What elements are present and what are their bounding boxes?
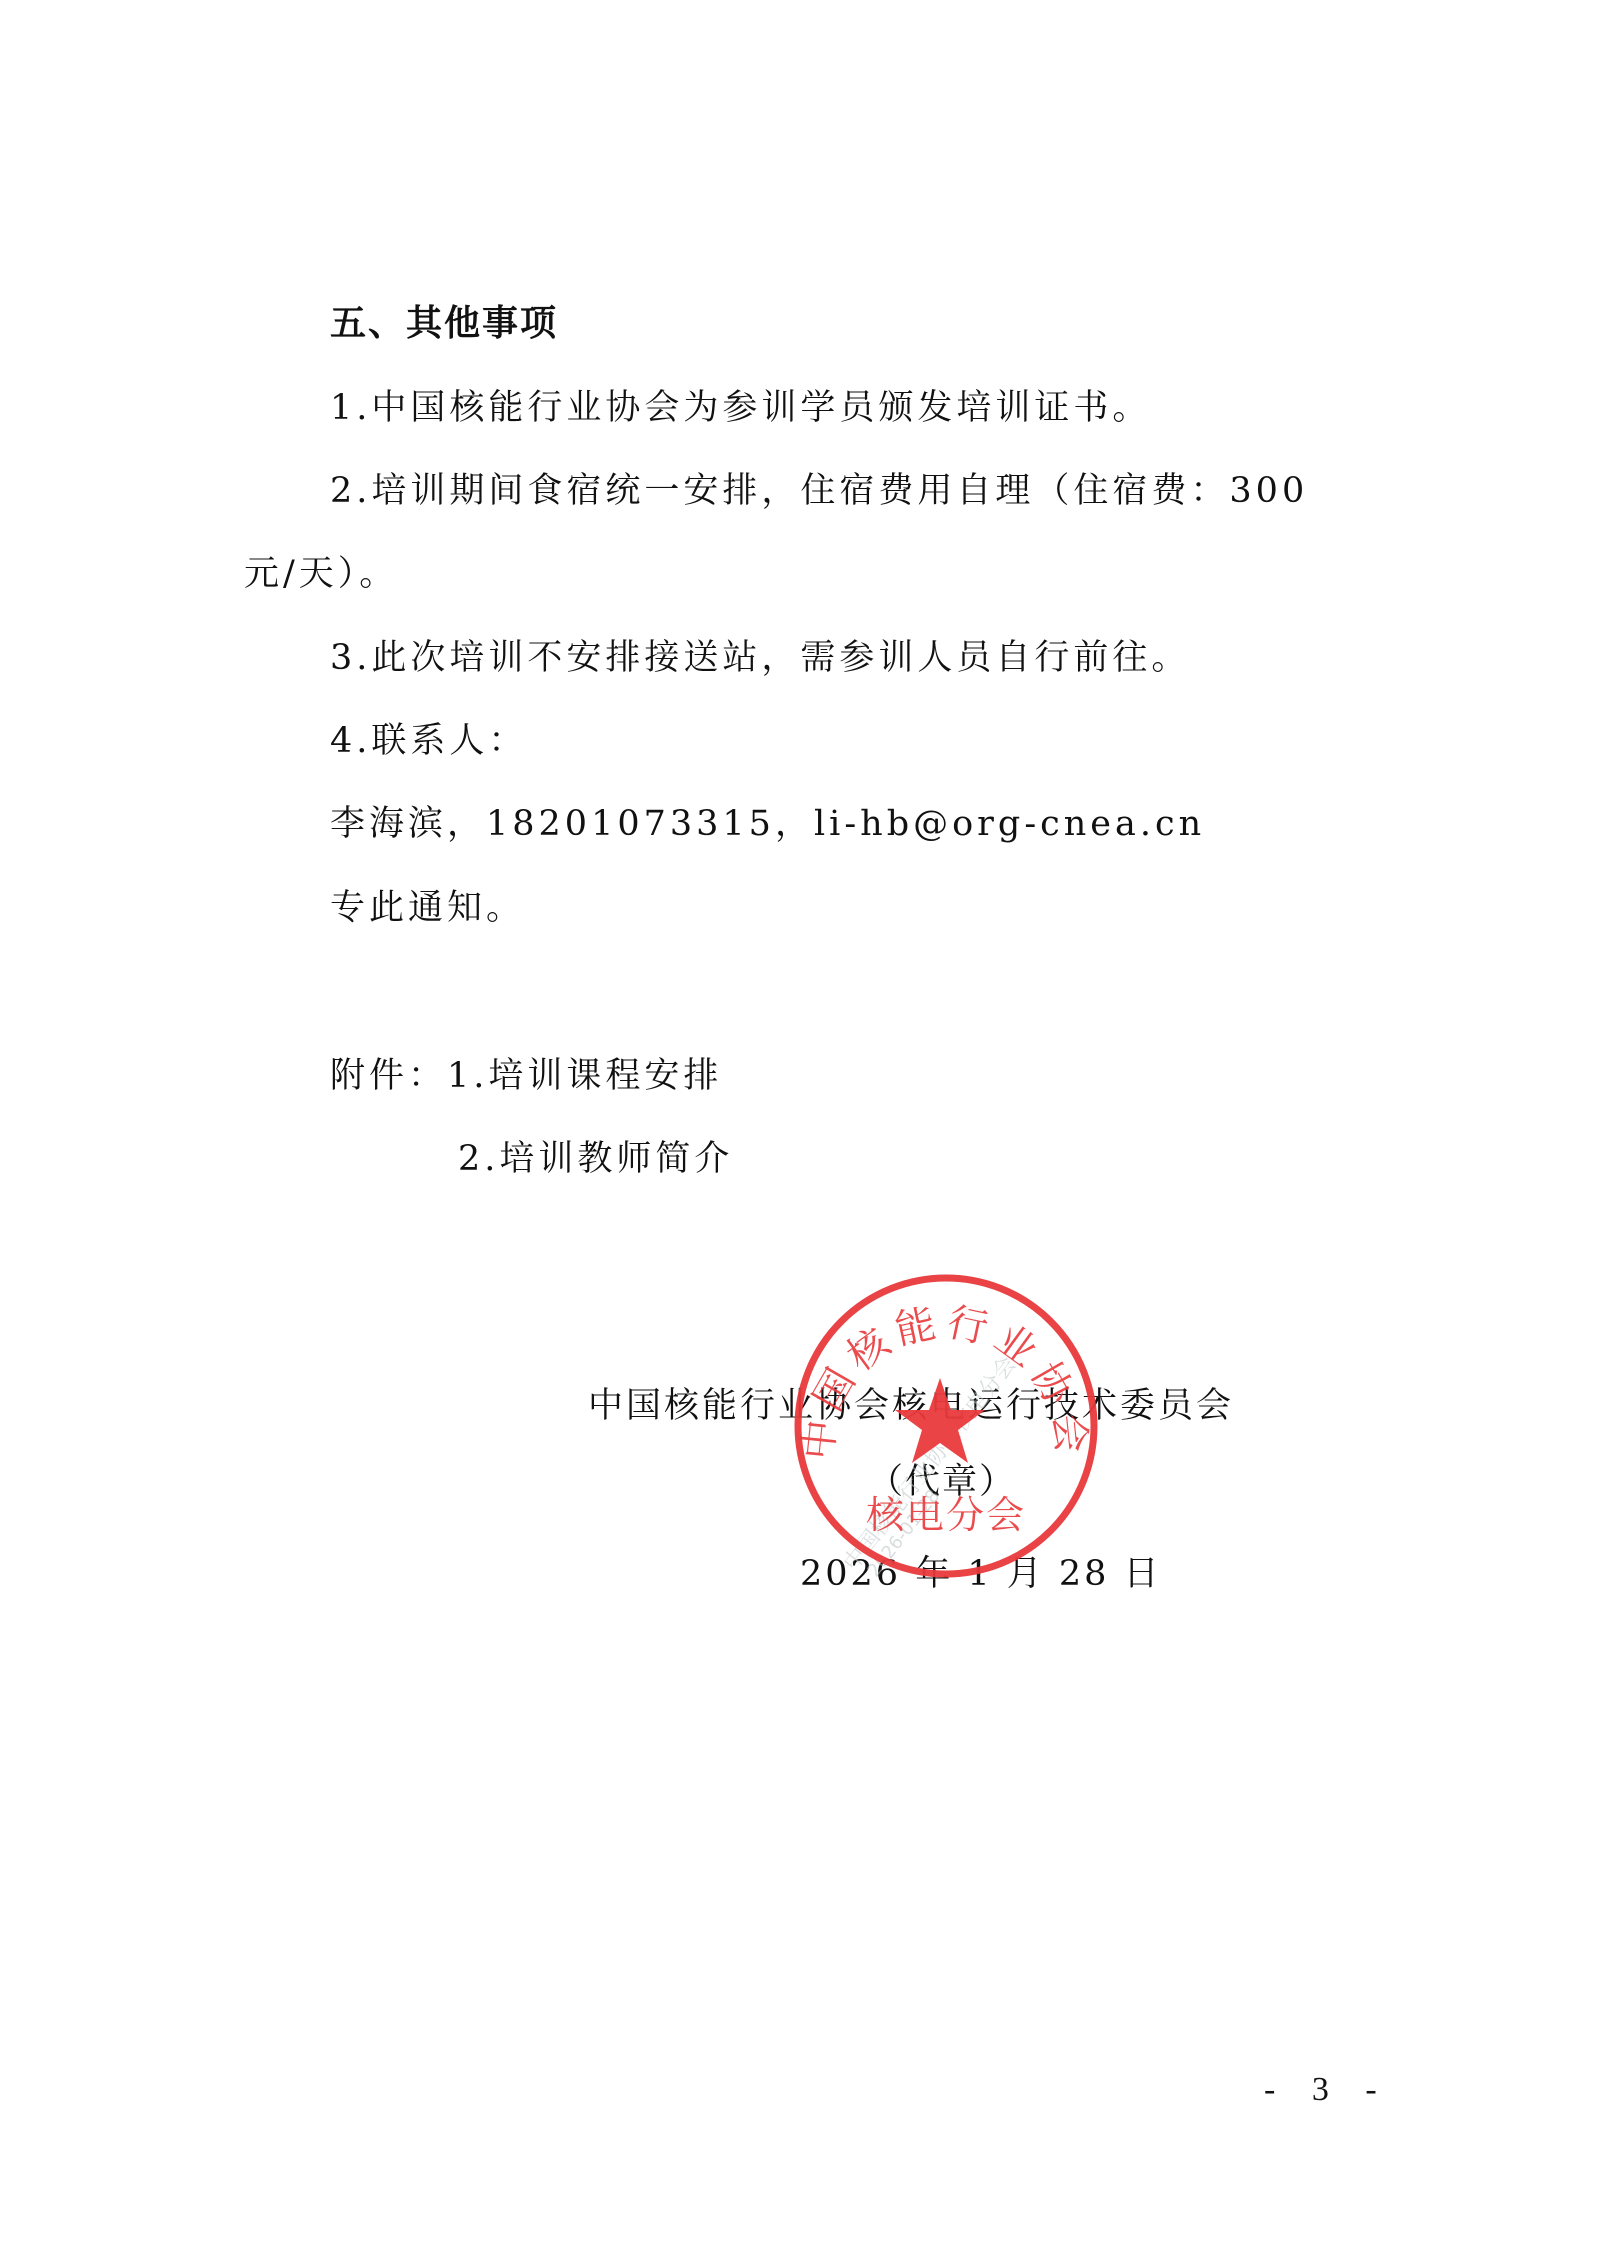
signature-date: 2026 年 1 月 28 日 xyxy=(800,1552,1162,1596)
page-number: - 3 - xyxy=(1264,2068,1391,2112)
item-text: 培训期间食宿统一安排，住宿费用自理（住宿费：300 xyxy=(371,471,1308,511)
item-continuation: 元/天）。 xyxy=(244,552,398,596)
attachment-item: 1.培训课程安排 xyxy=(447,1056,722,1096)
item-number: 1. xyxy=(330,388,371,428)
closing-text: 专此通知。 xyxy=(330,886,525,930)
signature-organization: 中国核能行业协会核电运行技术委员会 xyxy=(588,1384,1234,1428)
attachments-label: 附件： xyxy=(330,1056,447,1096)
svg-text:中国核能行业协会: 中国核能行业协会 xyxy=(795,1299,1094,1462)
item-text: 联系人： xyxy=(371,721,527,761)
list-item: 2.培训期间食宿统一安排，住宿费用自理（住宿费：300 xyxy=(330,469,1308,513)
seal-note: （代章） xyxy=(868,1460,1016,1504)
list-item: 4.联系人： xyxy=(330,719,527,763)
item-text: 此次培训不安排接送站，需参训人员自行前往。 xyxy=(371,638,1190,678)
section-heading: 五、其他事项 xyxy=(330,302,558,346)
attachment-item: 2.培训教师简介 xyxy=(458,1137,733,1181)
item-text: 中国核能行业协会为参训学员颁发培训证书。 xyxy=(371,388,1151,428)
contact-line: 李海滨，18201073315，li-hb@org-cnea.cn xyxy=(330,802,1205,846)
item-number: 2. xyxy=(330,471,371,511)
item-number: 3. xyxy=(330,638,371,678)
item-number: 4. xyxy=(330,721,371,761)
attachments-block: 附件：1.培训课程安排 xyxy=(330,1054,722,1098)
seal-outer-text: 中国核能行业协会 xyxy=(795,1299,1094,1462)
list-item: 1.中国核能行业协会为参训学员颁发培训证书。 xyxy=(330,386,1151,430)
list-item: 3.此次培训不安排接送站，需参训人员自行前往。 xyxy=(330,636,1190,680)
